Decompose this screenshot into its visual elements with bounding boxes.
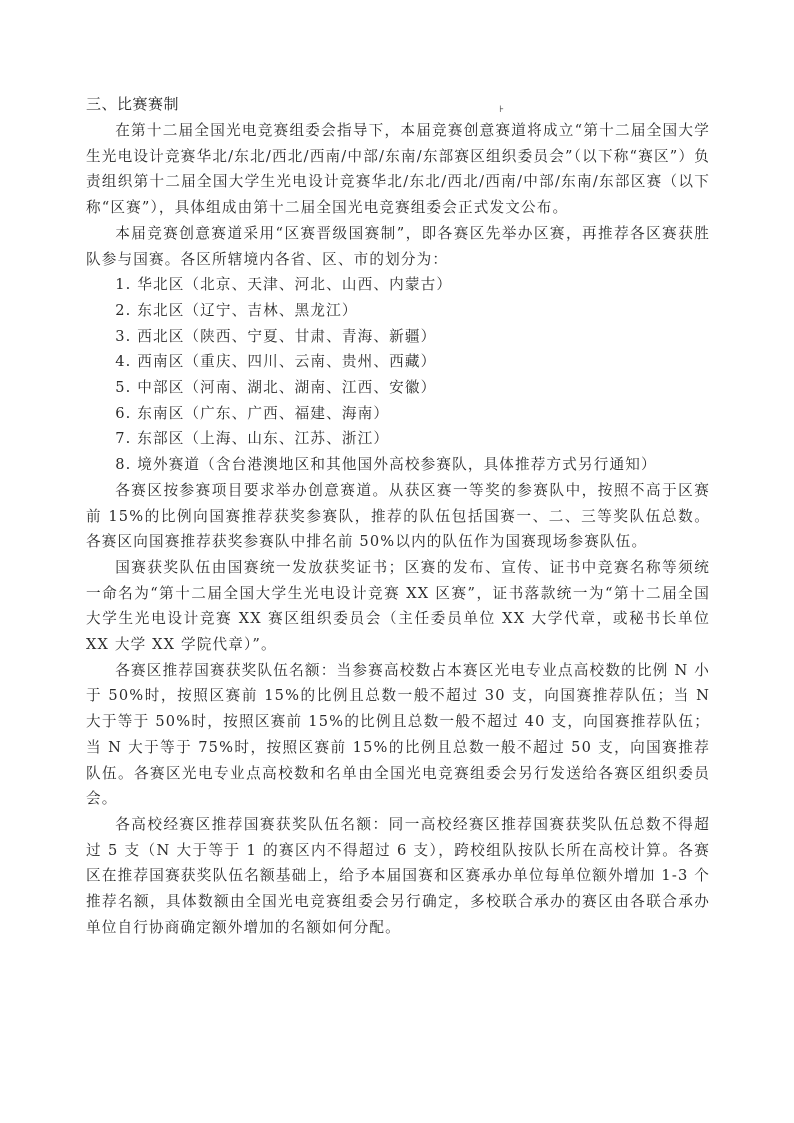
- region-item-north-china: 1. 华北区（北京、天津、河北、山西、内蒙古）: [86, 272, 710, 298]
- region-item-southeast: 6. 东南区（广东、广西、福建、海南）: [86, 401, 710, 427]
- document-page: ⊦ 三、比赛赛制 在第十二届全国光电竞赛组委会指导下，本届竞赛创意赛道将成立“第…: [0, 0, 794, 1123]
- region-item-overseas: 8. 境外赛道（含台港澳地区和其他国外高校参赛队，具体推荐方式另行通知）: [86, 452, 710, 478]
- paragraph-certificates: 国赛获奖队伍由国赛统一发放获奖证书；区赛的发布、宣传、证书中竞赛名称等须统一命名…: [86, 555, 710, 658]
- paragraph-region-quota: 各赛区推荐国赛获奖队伍名额：当参赛高校数占本赛区光电专业点高校数的比例 N 小于…: [86, 658, 710, 812]
- section-body: 在第十二届全国光电竞赛组委会指导下，本届竞赛创意赛道将成立“第十二届全国大学生光…: [86, 118, 710, 941]
- region-list: 1. 华北区（北京、天津、河北、山西、内蒙古） 2. 东北区（辽宁、吉林、黑龙江…: [86, 272, 710, 478]
- region-item-east: 7. 东部区（上海、山东、江苏、浙江）: [86, 426, 710, 452]
- region-item-northeast: 2. 东北区（辽宁、吉林、黑龙江）: [86, 298, 710, 324]
- region-item-central: 5. 中部区（河南、湖北、湖南、江西、安徽）: [86, 375, 710, 401]
- region-item-northwest: 3. 西北区（陕西、宁夏、甘肃、青海、新疆）: [86, 324, 710, 350]
- section-heading: 三、比赛赛制: [86, 92, 179, 116]
- stray-pen-mark: ⊦: [499, 105, 504, 115]
- region-item-southwest: 4. 西南区（重庆、四川、云南、贵州、西藏）: [86, 349, 710, 375]
- paragraph-recommendation-ratio: 各赛区按参赛项目要求举办创意赛道。从获区赛一等奖的参赛队中，按照不高于区赛前 1…: [86, 478, 710, 555]
- paragraph-organization: 在第十二届全国光电竞赛组委会指导下，本届竞赛创意赛道将成立“第十二届全国大学生光…: [86, 118, 710, 221]
- paragraph-school-quota: 各高校经赛区推荐国赛获奖队伍名额：同一高校经赛区推荐国赛获奖队伍总数不得超过 5…: [86, 812, 710, 941]
- paragraph-competition-format: 本届竞赛创意赛道采用“区赛晋级国赛制”，即各赛区先举办区赛，再推荐各区赛获胜队参…: [86, 221, 710, 272]
